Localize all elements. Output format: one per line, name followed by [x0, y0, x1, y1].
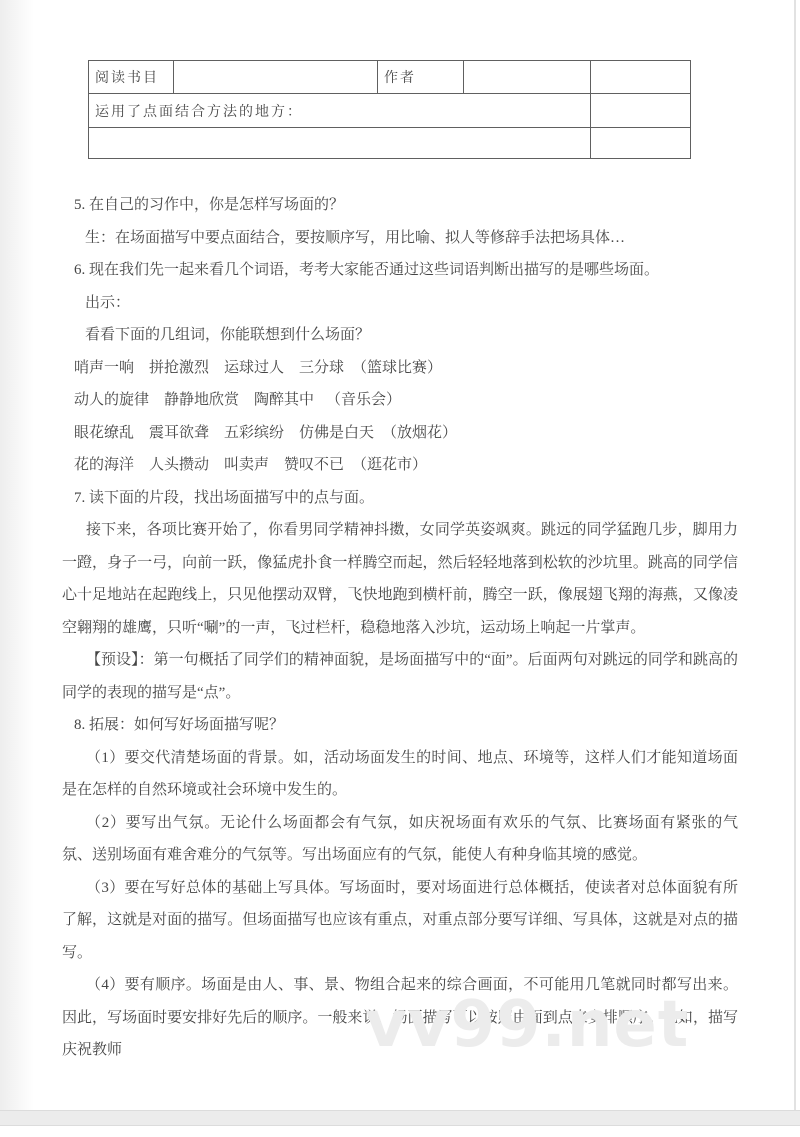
scene-label: （篮球比赛）	[352, 352, 442, 385]
word-group: 动人的旋律 静静地欣赏 陶醉其中	[74, 384, 326, 417]
point-4: （4）要有顺序。场面是由人、事、景、物组合起来的综合画面，不可能用几笔就同时都写…	[62, 969, 738, 1067]
cell-author-value	[464, 61, 591, 94]
table-row: 阅读书目 作者	[89, 61, 691, 94]
cell-empty	[591, 94, 691, 128]
scene-label: （逛花市）	[352, 449, 427, 482]
point-1: （1）要交代清楚场面的背景。如，活动场面发生的时间、地点、环境等，这样人们才能知…	[62, 742, 738, 807]
question-7-preset: 【预设】：第一句概括了同学们的精神面貌，是场面描写中的“面”。后面两句对跳远的同…	[62, 644, 738, 709]
word-row-fireworks: 眼花缭乱 震耳欲聋 五彩缤纷 仿佛是白天 （放烟花）	[62, 417, 738, 450]
page-right-edge	[794, 0, 796, 1110]
question-7-passage: 接下来，各项比赛开始了，你看男同学精神抖擞，女同学英姿飒爽。跳远的同学猛跑几步，…	[62, 514, 738, 644]
word-row-flower-market: 花的海洋 人头攒动 叫卖声 赞叹不已 （逛花市）	[62, 449, 738, 482]
question-6-prompt: 出示：	[62, 287, 738, 320]
cell-empty	[591, 128, 691, 159]
question-6: 6. 现在我们先一起来看几个词语，考考大家能否通过这些词语判断出描写的是哪些场面…	[62, 254, 738, 287]
cell-blank	[89, 128, 591, 159]
question-6-instruction: 看看下面的几组词，你能联想到什么场面？	[62, 319, 738, 352]
cell-empty	[591, 61, 691, 94]
table-row	[89, 128, 691, 159]
word-group: 哨声一响 拼抢激烈 运球过人 三分球	[74, 352, 352, 385]
word-group: 花的海洋 人头攒动 叫卖声 赞叹不已	[74, 449, 352, 482]
cell-point-face-label: 运用了点面结合方法的地方：	[89, 94, 591, 128]
word-row-basketball: 哨声一响 拼抢激烈 运球过人 三分球 （篮球比赛）	[62, 352, 738, 385]
lesson-text: 5. 在自己的习作中，你是怎样写场面的？ 生：在场面描写中要点面结合，要按顺序写…	[62, 189, 738, 1067]
page-bottom-band	[0, 1110, 800, 1126]
point-2: （2）要写出气氛。无论什么场面都会有气氛，如庆祝场面有欢乐的气氛、比赛场面有紧张…	[62, 807, 738, 872]
question-5: 5. 在自己的习作中，你是怎样写场面的？	[62, 189, 738, 222]
page-left-shadow	[0, 0, 34, 1110]
word-row-concert: 动人的旋律 静静地欣赏 陶醉其中 （音乐会）	[62, 384, 738, 417]
cell-reading-title-value	[174, 61, 378, 94]
reading-record-table: 阅读书目 作者 运用了点面结合方法的地方：	[88, 60, 691, 159]
question-8: 8. 拓展：如何写好场面描写呢？	[62, 709, 738, 742]
question-5-answer: 生：在场面描写中要点面结合，要按顺序写，用比喻、拟人等修辞手法把场具体…	[62, 222, 738, 255]
scene-label: （音乐会）	[326, 384, 401, 417]
question-7: 7. 读下面的片段，找出场面描写中的点与面。	[62, 482, 738, 515]
cell-author-label: 作者	[378, 61, 464, 94]
word-group: 眼花缭乱 震耳欲聋 五彩缤纷 仿佛是白天	[74, 417, 382, 450]
scene-label: （放烟花）	[382, 417, 457, 450]
table-row: 运用了点面结合方法的地方：	[89, 94, 691, 128]
point-3: （3）要在写好总体的基础上写具体。写场面时，要对场面进行总体概括，使读者对总体面…	[62, 872, 738, 970]
cell-reading-title-label: 阅读书目	[89, 61, 174, 94]
